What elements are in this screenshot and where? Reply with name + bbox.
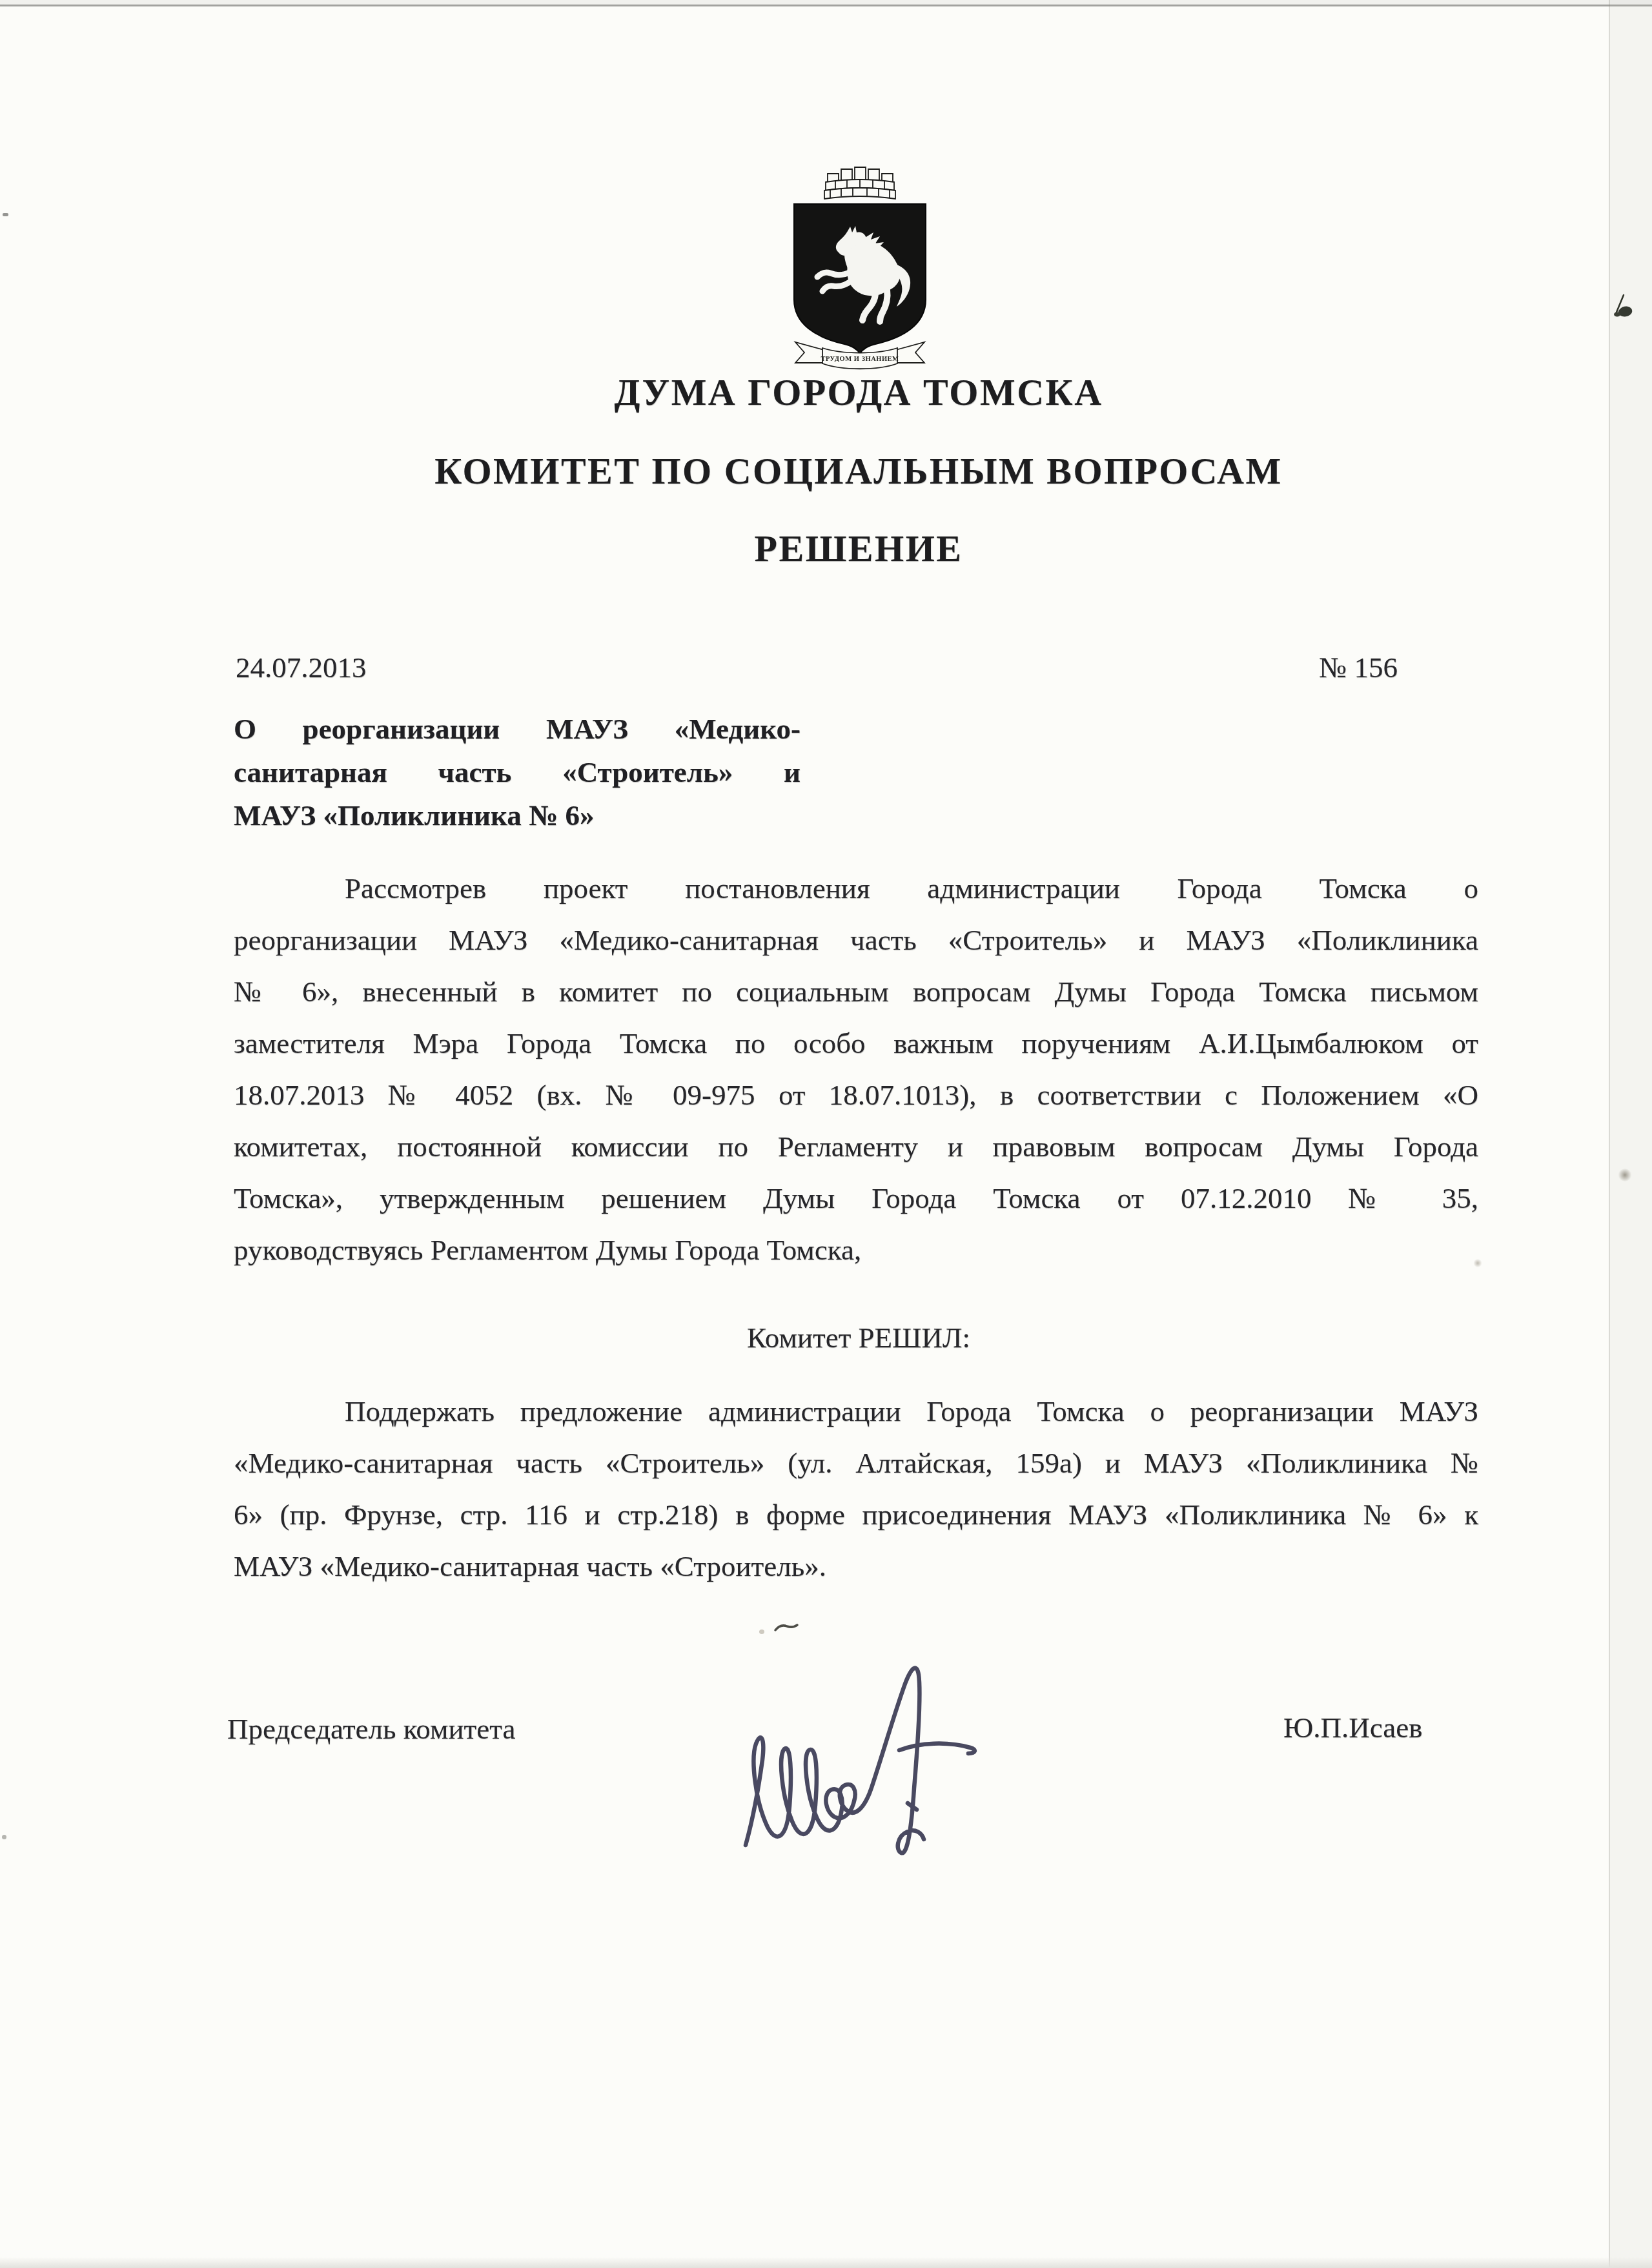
text-line: руководствуясь Регламентом Думы Города Т… [234,1224,1478,1276]
text-line: санитарная часть «Строитель» и [234,751,801,794]
organization-title: ДУМА ГОРОДА ТОМСКА [129,371,1588,414]
signer-name: Ю.П.Исаев [1283,1711,1422,1744]
scan-speck [3,213,8,216]
scanned-document-page: { "page": { "paper_color": "#fcfcf9", "i… [0,0,1652,2268]
text-line: МАУЗ «Поликлиника № 6» [234,794,801,837]
document-type-title: РЕШЕНИЕ [129,527,1588,570]
pen-mark-icon [773,1622,799,1633]
text-line: № 6», внесенный в комитет по социальным … [234,966,1478,1017]
text-line: 18.07.2013 № 4052 (вх. № 09-975 от 18.07… [234,1069,1478,1121]
scan-top-edge-line [0,5,1652,6]
text-line: заместителя Мэра Города Томска по особо … [234,1017,1478,1069]
scan-speck [2,1835,6,1839]
meta-row: 24.07.2013 № 156 [236,651,1398,684]
text-line: Поддержать предложение администрации Гор… [234,1385,1478,1437]
ribbon-motto: ТРУДОМ И ЗНАНИЕМ [821,356,899,363]
resolution-heading: Комитет РЕШИЛ: [129,1321,1588,1354]
committee-title: КОМИТЕТ ПО СОЦИАЛЬНЫМ ВОПРОСАМ [129,449,1588,493]
scan-speck [1473,1259,1482,1267]
signer-position-title: Председатель комитета [227,1712,515,1746]
text-line: «Медико-санитарная часть «Строитель» (ул… [234,1437,1478,1489]
text-line: реорганизации МАУЗ «Медико-санитарная ча… [234,914,1478,966]
ink-blot-artifact [1606,291,1637,324]
tomsk-coat-of-arms-icon: ТРУДОМ И ЗНАНИЕМ [789,158,931,377]
mural-crown-icon [824,167,895,199]
text-line: 6» (пр. Фрунзе, стр. 116 и стр.218) в фо… [234,1489,1478,1540]
scan-bottom-edge [0,2257,1652,2268]
paragraph-resolution: Поддержать предложение администрации Гор… [234,1385,1478,1592]
subject-block: О реорганизации МАУЗ «Медико-санитарная … [234,708,801,837]
text-line: МАУЗ «Медико-санитарная часть «Строитель… [234,1540,1478,1592]
paragraph-preamble: Рассмотрев проект постановления админист… [234,863,1478,1276]
scan-top-strip [0,0,1652,5]
text-line: комитетах, постоянной комиссии по Реглам… [234,1121,1478,1172]
text-line: Томска», утвержденным решением Думы Горо… [234,1172,1478,1224]
scan-speck [759,1629,764,1634]
document-number: № 156 [1319,651,1398,684]
scan-speck [1618,1169,1632,1181]
text-line: Рассмотрев проект постановления админист… [234,863,1478,914]
document-date: 24.07.2013 [236,651,367,684]
text-line: О реорганизации МАУЗ «Медико- [234,708,801,751]
scan-right-strip [1610,0,1652,2268]
signature-autograph [726,1640,1030,1879]
